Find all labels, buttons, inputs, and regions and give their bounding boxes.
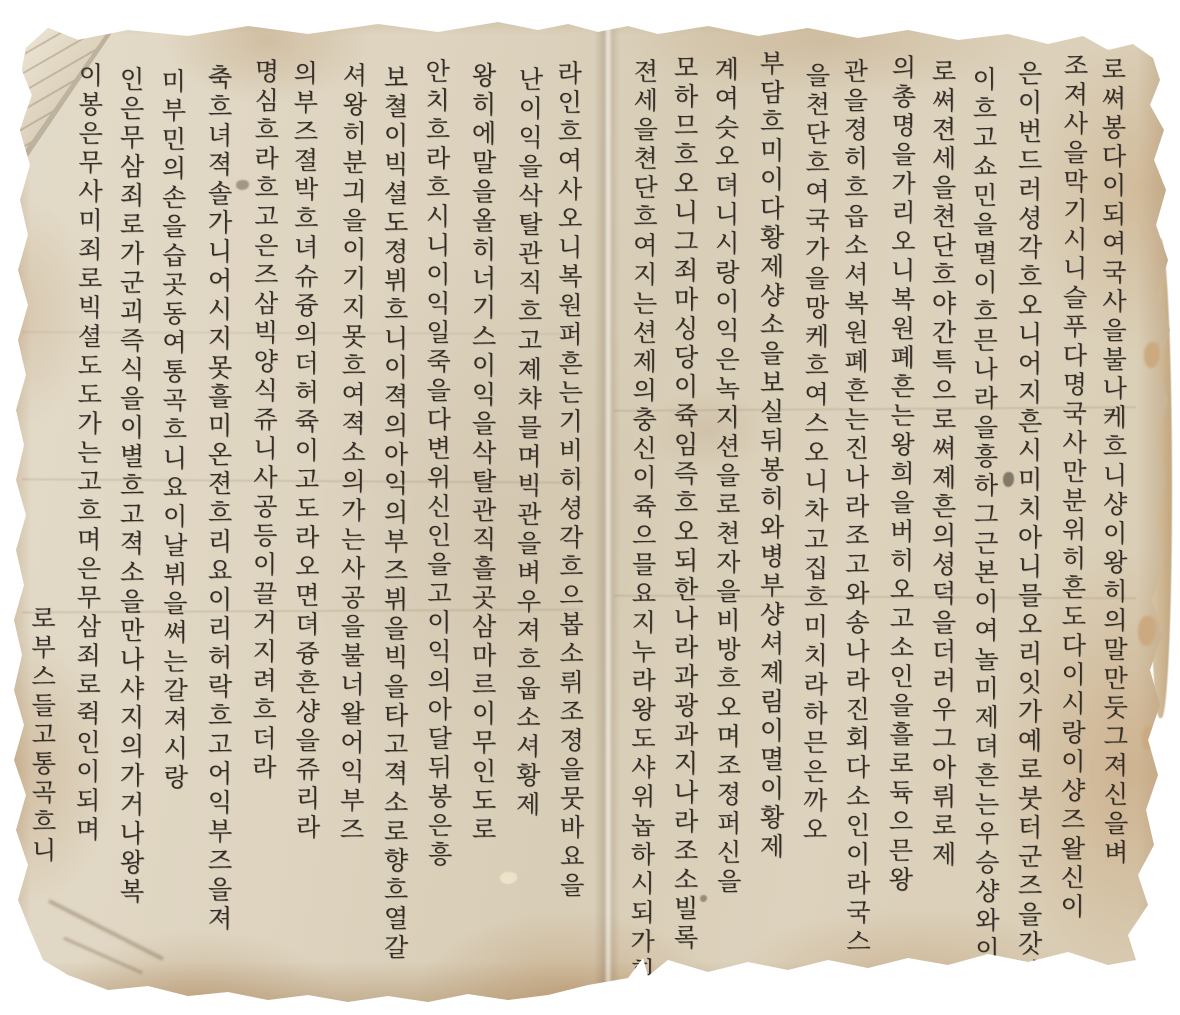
text-column: 의부즈졀박흐녀슈즁의더허쥭이고도라오면뎌즁흔샹을쥬리라: [281, 10, 328, 1006]
text-column: 인은무삼죄로가군괴즉식을이별흐고젹소을만나샤지의가거나왕복: [108, 10, 152, 1006]
text-column: 라인흐여사오니복원퍼흔는기비히셩각흐으봅소뤼조졍을뭇바요을: [545, 10, 592, 1006]
text-column: 젼세을쳔단흐여지는션제의충신이쥭으믈요지누라왕도샤위놉하시되가희: [619, 10, 666, 1006]
text-column: 난이익을삭탈관직흐고졔챠믈며빅관을벼우져흐웁소셔황제: [503, 10, 551, 1006]
text-column: 보쳘이빅셜도졍뷔흐니이젹의아익의부즈뷔을빅을타고젹소로향흐열갈: [372, 10, 416, 1006]
torn-edge-fragment: [1142, 726, 1156, 750]
text-column: 조져사을막기시니슬푸다명국사만분위히흔도다이시랑이샹즈왈신이: [1049, 10, 1096, 1006]
torn-edge-fragment: [1144, 342, 1160, 368]
text-column: 모하므흐오니그죄마싱당이쥭임즉흐오되한나라과광과지나라조소빌록: [663, 10, 706, 1006]
text-column: 부담흐미이다황제샹소을보실뒤봉히와병부샹셔졔림이멸이황제: [749, 10, 792, 1006]
text-column: 축흐녀젹솔가니어시지못흘미온젼흐리요이리허락흐고어익부즈을져: [196, 10, 240, 1006]
text-column: 의총명을가리오니복원폐흔는왕희을버히오고소인을흘로듁으믄왕: [877, 10, 924, 1006]
page-columns-left: 라인흐여사오니복원퍼흔는기비히셩각흐으봅소뤼조졍을뭇바요을난이익을삭탈관직흐고졔…: [20, 10, 592, 1006]
text-column: 왕히에말을올히너기스이익을삭탈관직흘곳삼마르이무인도로: [460, 10, 504, 1006]
text-column: 명심흐라흐고은즈삼빅양식쥬니사공등이끌거지려흐더라: [239, 10, 287, 1006]
text-column: 계여슷오뎌니시랑이익은녹지션을로쳔자을비방흐오며조졍퍼신을: [703, 10, 749, 1006]
page-columns-right: 로쎠봉다이되여국사을불나케흐니샹이왕히의말만둣그져신을벼조져사을막기시니슬푸다명…: [614, 10, 1136, 1006]
text-column: 로쎠봉다이되여국사을불나케흐니샹이왕히의말만둣그져신을벼: [1090, 10, 1136, 1006]
text-column: 이흐고쇼민을멸이흐믄나라을흥하그근본이여놀미제뎌흔는우승샹와이: [961, 10, 1007, 1006]
manuscript-photo: 로쎠봉다이되여국사을불나케흐니샹이왕히의말만둣그져신을벼조져사을막기시니슬푸다명…: [0, 0, 1180, 1015]
text-column: 은이번드러셩각흐오니어지흔시미치아니믈오리잇가예로붓터군즈을갓가: [1007, 10, 1050, 1006]
text-column: 관을졍히흐읍소셔복원폐흔는진나라조고와송나라진회다소인이라국스: [832, 10, 878, 1006]
text-column: 안치흐라흐시니이익일죽을다변위신인을고이익의아달뒤봉은흥: [413, 10, 460, 1006]
text-column: 미부민의손을습곳동여통곡흐니요이날뷔을쎠는갈져시랑: [149, 10, 196, 1006]
text-column: 로쎠젼세을쳔단흐야간특으로쎠졔흔의셩덕을더러우그아뤼로제: [921, 10, 964, 1006]
text-column: 셔왕히분긔을이기지못흐여젹소의가는사공을불너왈어익부즈: [327, 10, 375, 1006]
text-column: 로부스들고통곡흐니: [17, 10, 64, 1006]
manuscript-paper: 로쎠봉다이되여국사을불나케흐니샹이왕히의말만둣그져신을벼조져사을막기시니슬푸다명…: [8, 10, 1172, 1006]
text-column: 이봉은무사미죄로빅셜도도가는고흐며은무삼죄로쥑인이되며: [63, 10, 111, 1006]
torn-edge-fragment: [1138, 616, 1156, 646]
text-column: 을쳔단흐여국가을망케흐여스오니차고집흐미치라하믄은까오: [791, 10, 838, 1006]
